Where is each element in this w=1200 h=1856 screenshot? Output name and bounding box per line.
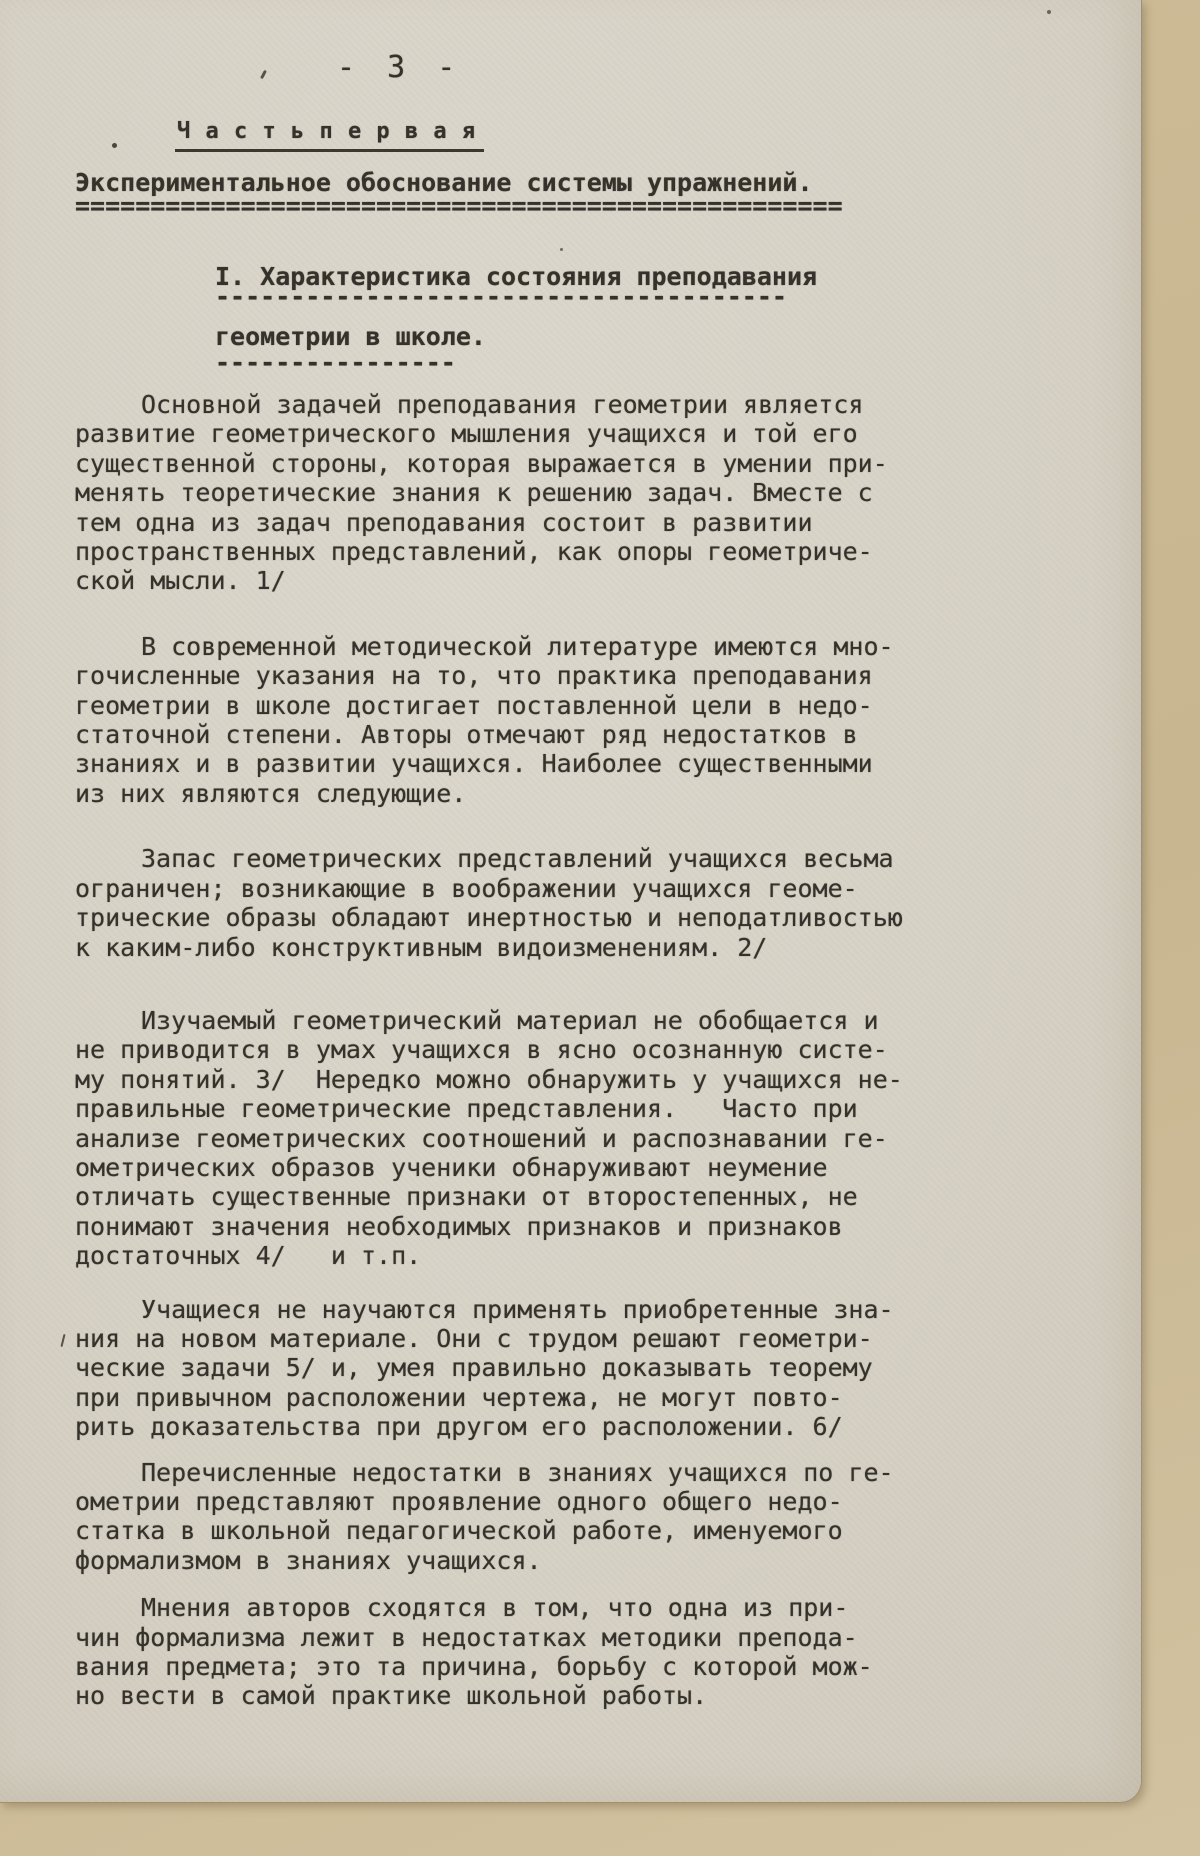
pen-mark xyxy=(60,1334,65,1347)
paragraph-2: В современной методической литературе им… xyxy=(75,632,995,808)
double-dashed-rule: ========================================… xyxy=(75,194,1015,218)
paragraph-6: Перечисленные недостатки в знаниях учащи… xyxy=(75,1458,995,1576)
typewritten-content: - 3 - Ч а с т ь п е р в а я Эксперимента… xyxy=(75,0,1015,1711)
ink-speck xyxy=(560,248,563,251)
ink-speck xyxy=(1047,10,1051,14)
paragraph-7: Мнения авторов сходятся в том, что одна … xyxy=(75,1593,995,1711)
paragraph-1: Основной задачей преподавания геометрии … xyxy=(75,390,995,596)
paragraph-5: Учащиеся не научаются применять приобрет… xyxy=(75,1295,995,1442)
scanned-document: { "colors": { "paper": "#d7d2c6", "mat":… xyxy=(0,0,1200,1856)
ink-speck xyxy=(112,143,117,148)
paragraph-4: Изучаемый геометрический материал не обо… xyxy=(75,1006,995,1271)
part-heading: Ч а с т ь п е р в а я xyxy=(175,119,484,152)
section-underline-1: -------------------------------------- xyxy=(215,286,787,308)
paragraph-3: Запас геометрических представлений учащи… xyxy=(75,844,995,962)
section-underline-2: ---------------- xyxy=(215,352,456,374)
paper-sheet: - 3 - Ч а с т ь п е р в а я Эксперимента… xyxy=(0,0,1142,1803)
page-number: - 3 - xyxy=(337,50,462,85)
